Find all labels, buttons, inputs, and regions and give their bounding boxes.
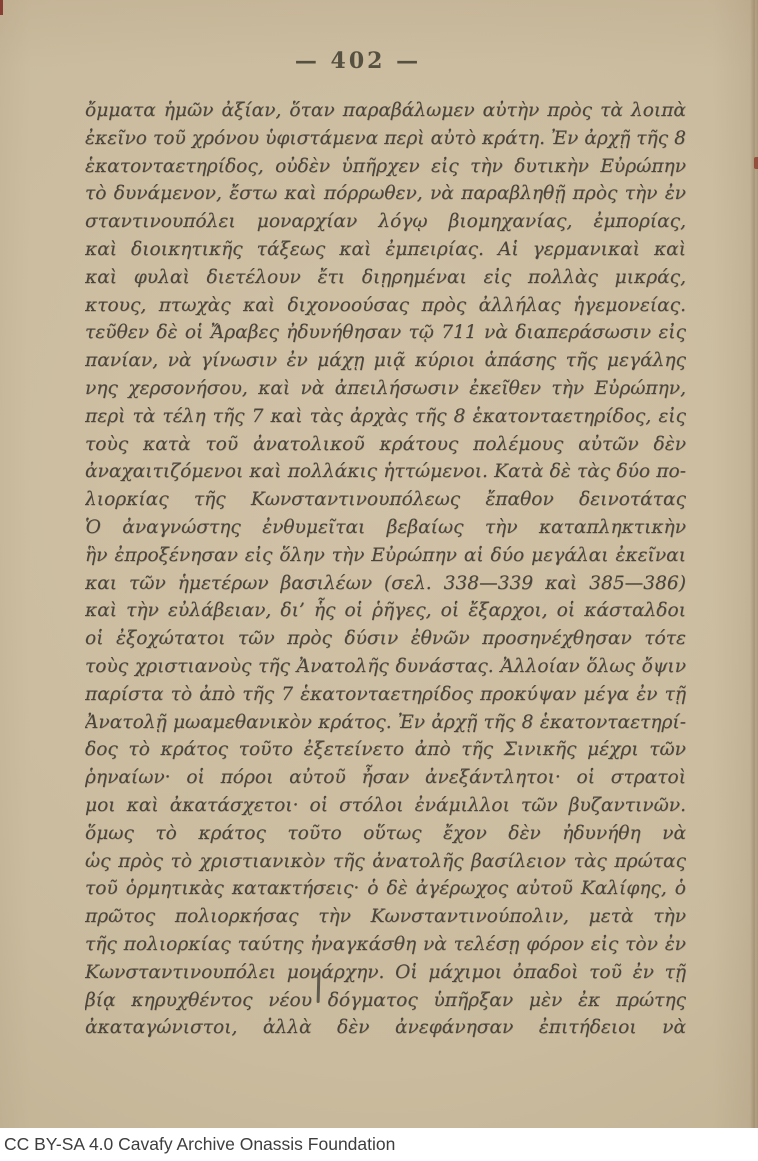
text-line: Ἀνατολῇ μωαμεθανικὸν κράτος. Ἐν ἀρχῇ τῆς… (85, 709, 686, 737)
text-line: ὅμως τὸ κράτος τοῦτο οὕτως ἔχον δὲν ἠδυν… (85, 820, 686, 848)
text-line: τοὺς κατὰ τοῦ ἀνατολικοῦ κράτους πολέμου… (85, 431, 686, 459)
text-line: πρῶτος πολιορκήσας τὴν Κωνσταντινούπολιν… (85, 903, 686, 931)
scanned-book-page: — 402 — ὄμματα ἡμῶν ἀξίαν, ὅταν παραβάλω… (0, 0, 758, 1128)
text-line: ἀκαταγώνιστοι, ἀλλὰ δὲν ἀνεφάνησαν ἐπιτή… (85, 1014, 686, 1042)
text-line: λιορκίας τῆς Κωνσταντινουπόλεως ἔπαθον δ… (85, 486, 686, 514)
text-line: Κωνσταντινουπόλει μονάρχην. Οἱ μάχιμοι ὀ… (85, 959, 686, 987)
text-line: καὶ φυλαὶ διετέλουν ἔτι διῃρημέναι εἰς π… (85, 264, 686, 292)
text-line: περὶ τὰ τέλη τῆς 7 καὶ τὰς ἀρχὰς τῆς 8 ἑ… (85, 403, 686, 431)
text-line: νης χερσονήσου, καὶ νὰ ἀπειλήσωσιν ἐκεῖθ… (85, 375, 686, 403)
text-line: καὶ διοικητικῆς τάξεως καὶ ἐμπειρίας. Αἱ… (85, 236, 686, 264)
attribution-bar: CC BY-SA 4.0 Cavafy Archive Onassis Foun… (0, 1128, 758, 1161)
text-line: σταντινουπόλει μοναρχίαν λόγῳ βιομηχανία… (85, 208, 686, 236)
text-line: ὡς πρὸς τὸ χριστιανικὸν τῆς ἀνατολῆς βασ… (85, 848, 686, 876)
text-line: τεῦθεν δὲ οἱ Ἄραβες ἠδυνήθησαν τῷ 711 νὰ… (85, 319, 686, 347)
text-line: τοῦ ὁρμητικὰς κατακτήσεις· ὁ δὲ ἀγέρωχος… (85, 875, 686, 903)
text-line: παρίστα τὸ ἀπὸ τῆς 7 ἑκατονταετηρίδος πρ… (85, 681, 686, 709)
text-line: και τῶν ἡμετέρων βασιλέων (σελ. 338—339 … (85, 570, 686, 598)
text-line: ἐκεῖνο τοῦ χρόνου ὑφιστάμενα περὶ αὐτὸ κ… (85, 125, 686, 153)
text-line: ὄμματα ἡμῶν ἀξίαν, ὅταν παραβάλωμεν αὐτὴ… (85, 97, 686, 125)
text-line: τῆς πολιορκίας ταύτης ἠναγκάσθη νὰ τελέσ… (85, 931, 686, 959)
binding-edge-mark (0, 0, 3, 15)
text-line: ῥηναίων· οἱ πόροι αὐτοῦ ἦσαν ἀνεξάντλητο… (85, 764, 686, 792)
text-line: δος τὸ κράτος τοῦτο ἐξετείνετο ἀπὸ τῆς Σ… (85, 736, 686, 764)
text-line: ἀναχαιτιζόμενοι καὶ πολλάκις ἡττώμενοι. … (85, 458, 686, 486)
text-line: ἣν ἐπροξένησαν εἰς ὅλην τὴν Εὐρώπην αἱ δ… (85, 542, 686, 570)
page-edge-shadow (750, 0, 758, 1128)
text-line: ἑκατονταετηρίδος, οὐδὲν ὑπῆρχεν εἰς τὴν … (85, 153, 686, 181)
text-line: βίᾳ κηρυχθέντος νέου δόγματος ὑπῆρξαν μὲ… (85, 987, 686, 1015)
page-edge-mark (754, 157, 758, 169)
text-line: μοι καὶ ἀκατάσχετοι· οἱ στόλοι ἐνάμιλλοι… (85, 792, 686, 820)
body-text-block: ὄμματα ἡμῶν ἀξίαν, ὅταν παραβάλωμεν αὐτὴ… (85, 97, 686, 1042)
text-line: τοὺς χριστιανοὺς τῆς Ἀνατολῆς δυνάστας. … (85, 653, 686, 681)
screenshot-root: — 402 — ὄμματα ἡμῶν ἀξίαν, ὅταν παραβάλω… (0, 0, 758, 1161)
text-line: καὶ τὴν εὐλάβειαν, δι’ ἧς οἱ ῥῆγες, οἱ ἔ… (85, 597, 686, 625)
text-line: τὸ δυνάμενον, ἔστω καὶ πόρρωθεν, νὰ παρα… (85, 180, 686, 208)
page-number: — 402 — (0, 48, 716, 74)
text-line: Ὁ ἀναγνώστης ἐνθυμεῖται βεβαίως τὴν κατα… (85, 514, 686, 542)
text-line: πανίαν, νὰ γίνωσιν ἐν μάχῃ μιᾷ κύριοι ἁπ… (85, 347, 686, 375)
text-line: οἱ ἐξοχώτατοι τῶν πρὸς δύσιν ἐθνῶν προση… (85, 625, 686, 653)
text-line: κτους, πτωχὰς καὶ διχονοούσας πρὸς ἀλλήλ… (85, 292, 686, 320)
license-attribution-text: CC BY-SA 4.0 Cavafy Archive Onassis Foun… (0, 1134, 395, 1155)
